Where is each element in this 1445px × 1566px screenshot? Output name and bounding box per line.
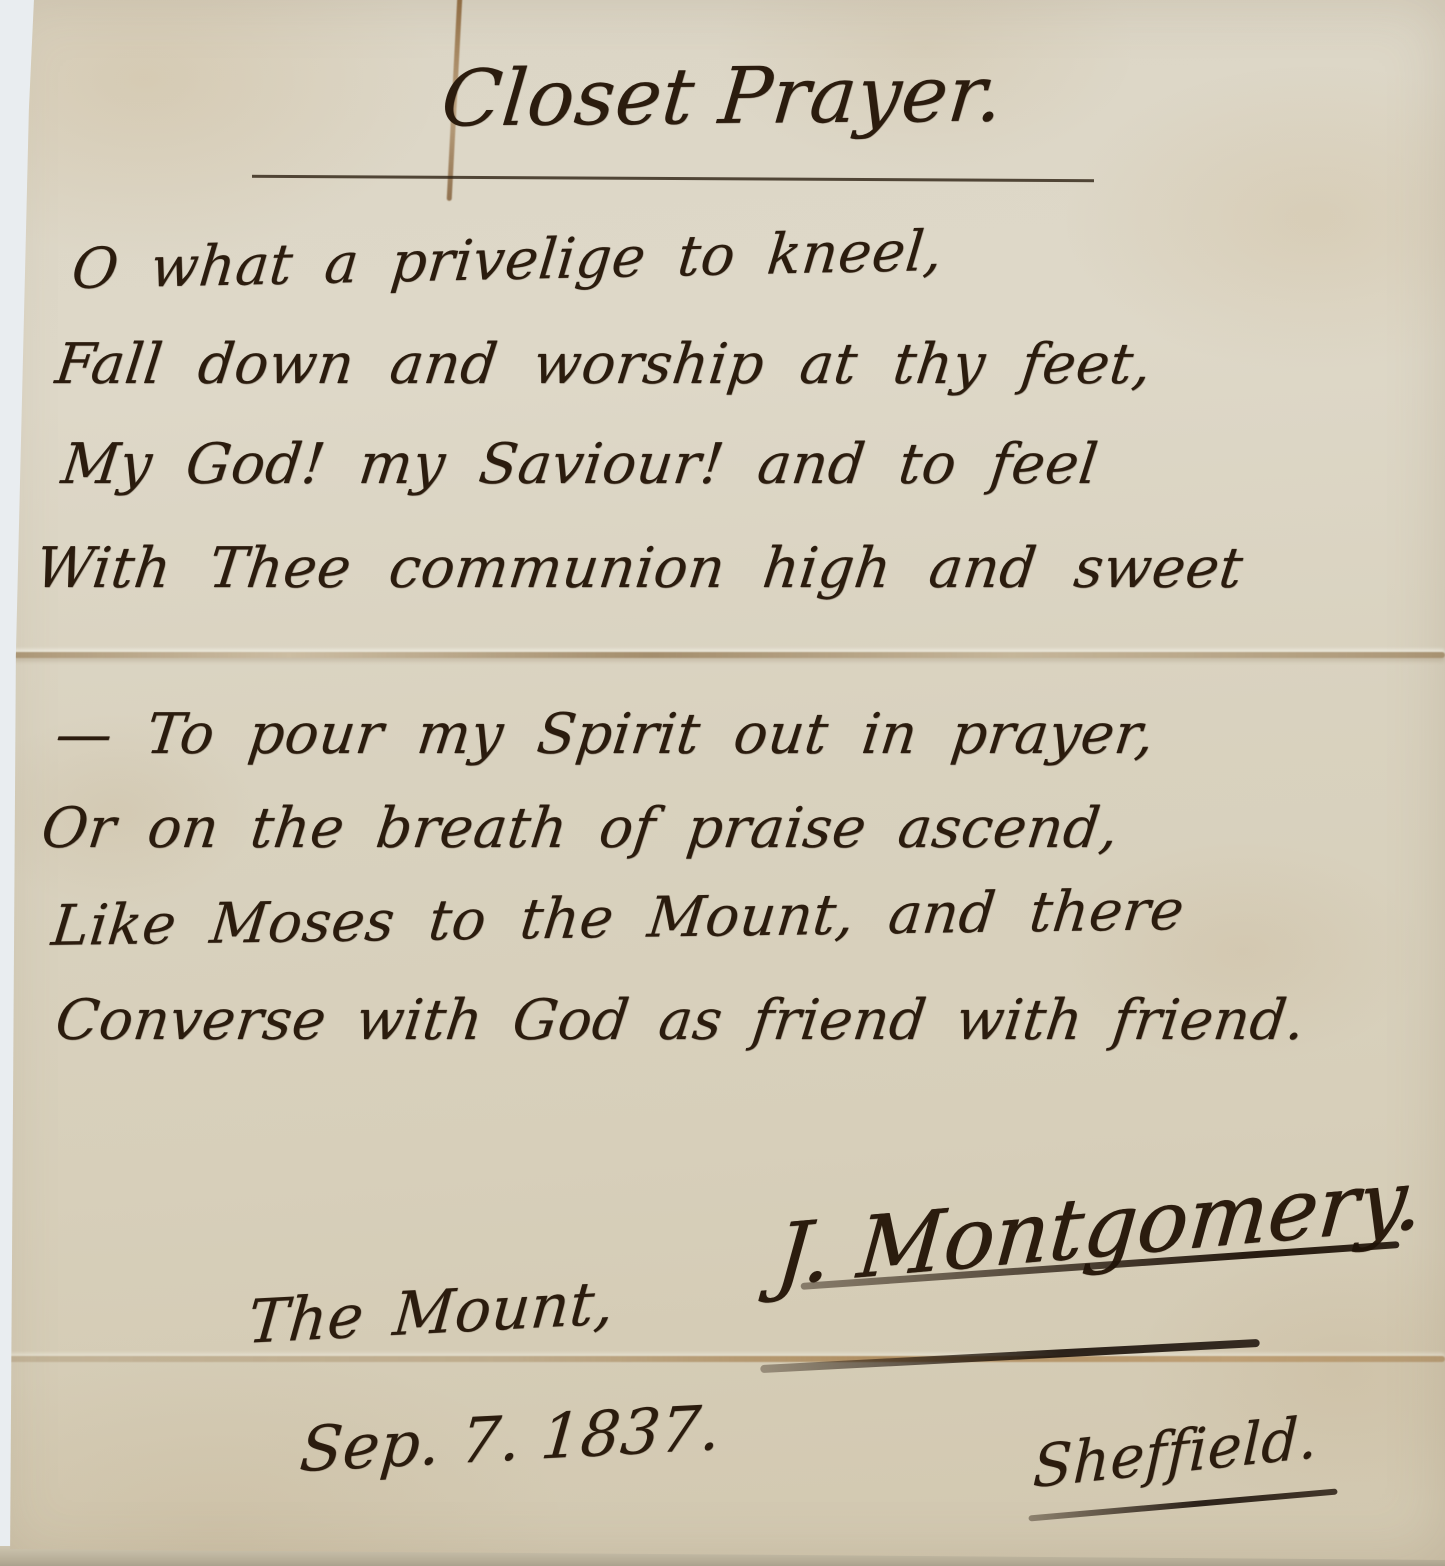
verse-line: Converse with God as friend with friend. <box>52 988 1309 1053</box>
city-line: Sheffield. <box>1032 1403 1319 1502</box>
manuscript-title: Closet Prayer. <box>0 46 1445 149</box>
verse-line: Or on the breath of praise ascend, <box>38 796 1122 861</box>
place-line: The Mount, <box>245 1268 617 1358</box>
title-underline <box>252 175 1094 182</box>
fold-crease-lower <box>0 1356 1445 1362</box>
fold-crease-upper <box>0 652 1445 658</box>
verse-line: My God! my Saviour! and to feel <box>58 432 1102 497</box>
verse-line: O what a privelige to kneel, <box>69 219 946 302</box>
paper-sheet: Closet Prayer. O what a privelige to kne… <box>0 0 1445 1560</box>
verse-line: With Thee communion high and sweet <box>32 536 1246 601</box>
verse-line: Fall down and worship at thy feet, <box>52 332 1155 397</box>
manuscript-photo: Closet Prayer. O what a privelige to kne… <box>0 0 1445 1566</box>
verse-line: Like Moses to the Mount, and there <box>49 878 1188 959</box>
date-line: Sep. 7. 1837. <box>297 1391 724 1486</box>
verse-line: — To pour my Spirit out in prayer, <box>52 702 1158 767</box>
